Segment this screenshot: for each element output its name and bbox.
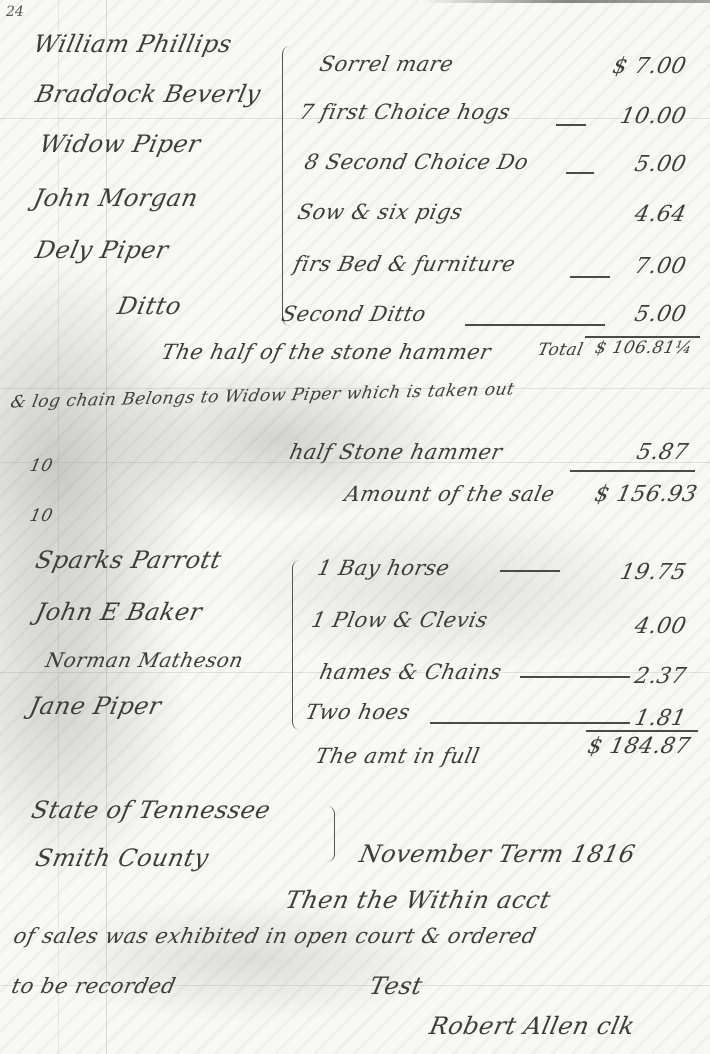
note-line: & log chain Belongs to Widow Piper which… <box>9 379 516 412</box>
sum-rule <box>586 730 698 732</box>
grouping-brace <box>292 560 307 730</box>
sale-amount: 10.00 <box>587 104 688 129</box>
sale-amount: 4.64 <box>587 202 688 227</box>
sale-item: hames & Chains <box>317 660 503 684</box>
sum-rule <box>570 470 695 472</box>
margin-line <box>58 0 59 1054</box>
sale-item: 7 first Choice hogs <box>297 100 512 124</box>
sale-item: 1 Plow & Clevis <box>309 608 490 632</box>
sale-amount: 5.00 <box>587 152 688 177</box>
state-heading: State of Tennessee <box>29 796 273 824</box>
certification-line: Then the Within acct <box>283 886 553 914</box>
sale-amount: 1.81 <box>587 706 688 731</box>
certification-line: of sales was exhibited in open court & o… <box>11 924 538 948</box>
margin-line <box>106 0 107 1054</box>
margin-mark: 10 <box>28 456 55 476</box>
buyer-name: Widow Piper <box>37 130 203 158</box>
attest-label: Test <box>367 972 425 1000</box>
leader-dash <box>556 124 586 126</box>
court-term: November Term 1816 <box>357 840 638 868</box>
sale-item: 8 Second Choice Do <box>302 150 530 174</box>
note-amount: 5.87 <box>597 440 690 465</box>
sale-amount: 2.37 <box>587 664 688 689</box>
note-line: The half of the stone hammer <box>159 340 493 364</box>
buyer-name: Jane Piper <box>27 692 164 720</box>
grouping-brace <box>282 46 297 326</box>
sale-item: Second Ditto <box>279 302 428 326</box>
document-page: 24 William Phillips Braddock Beverly Wid… <box>0 0 710 1054</box>
sale-item: firs Bed & furniture <box>291 252 517 276</box>
sale-amount: $ 7.00 <box>587 54 688 79</box>
sale-item: 1 Bay horse <box>315 556 452 580</box>
grouping-brace <box>320 806 335 862</box>
county-heading: Smith County <box>33 844 211 872</box>
total-label: The amt in full <box>313 744 481 768</box>
sale-amount: 5.00 <box>587 302 688 327</box>
buyer-name: Sparks Parrott <box>33 546 224 574</box>
amount-value: $ 156.93 <box>572 482 699 507</box>
sale-amount: 4.00 <box>587 614 688 639</box>
leader-dash <box>500 570 560 572</box>
certification-line: to be recorded <box>9 974 178 998</box>
sale-item: Sow & six pigs <box>295 200 465 224</box>
margin-mark: 10 <box>28 506 55 526</box>
buyer-name: Norman Matheson <box>43 648 245 672</box>
sale-amount: 19.75 <box>587 560 688 585</box>
buyer-name: Ditto <box>115 292 184 320</box>
sale-amount: 7.00 <box>587 254 688 279</box>
buyer-name: William Phillips <box>31 30 235 58</box>
sale-item: Two hoes <box>303 700 412 724</box>
page-top-edge <box>420 0 710 3</box>
amount-label: Amount of the sale <box>342 482 557 506</box>
page-number-mark: 24 <box>6 4 24 20</box>
note-item: half Stone hammer <box>287 440 504 464</box>
total-amount: $ 184.87 <box>569 734 692 759</box>
buyer-name: Braddock Beverly <box>33 80 263 108</box>
leader-dash <box>465 324 605 326</box>
buyer-name: John E Baker <box>33 598 205 626</box>
clerk-signature: Robert Allen clk <box>427 1012 637 1040</box>
buyer-name: Dely Piper <box>33 236 171 264</box>
sale-item: Sorrel mare <box>317 52 455 76</box>
total-amount: $ 106.81¼ <box>578 338 694 358</box>
buyer-name: John Morgan <box>31 184 201 212</box>
